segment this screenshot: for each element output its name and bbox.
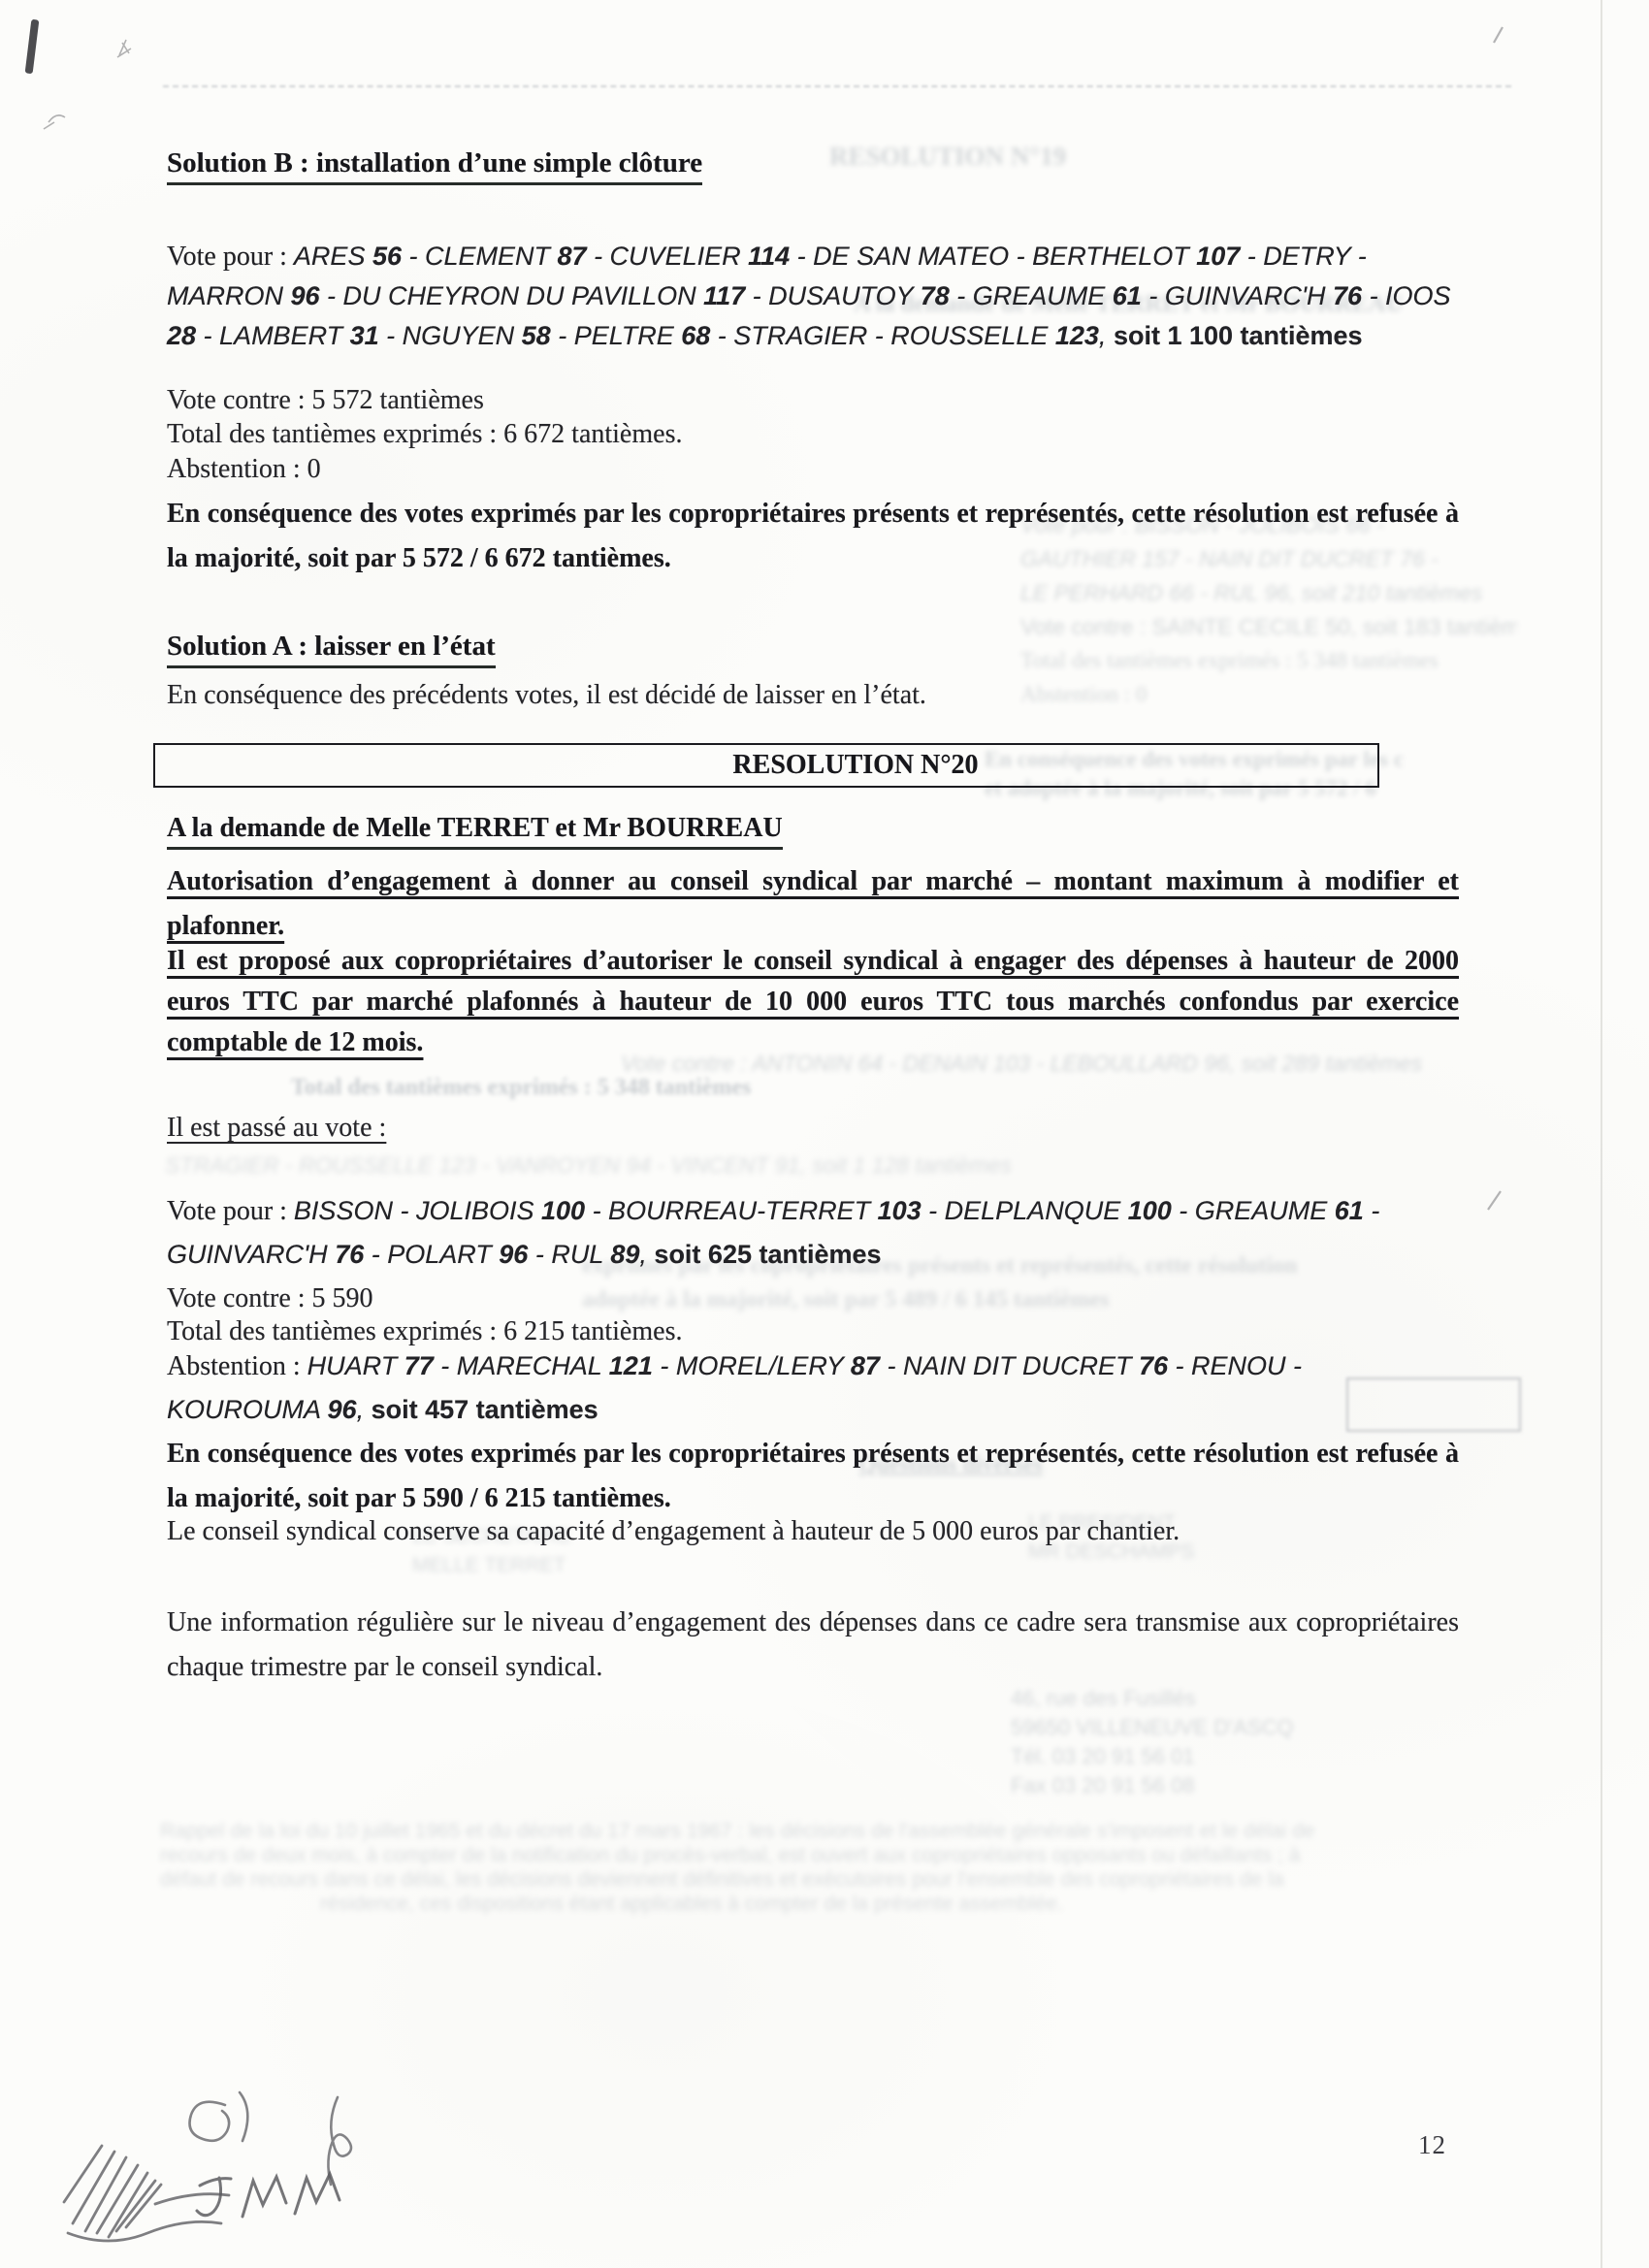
heading-solution-a: Solution A : laisser en l’état (167, 631, 496, 668)
bleedthrough-line: Total des tantièmes exprimés : 5 348 tan… (1020, 648, 1517, 673)
line-abstention-solution-b: Abstention : 0 (167, 449, 321, 490)
paragraph-information-trimestrielle: Une information régulière sur le niveau … (167, 1601, 1459, 1690)
page-number: 12 (1418, 2130, 1446, 2160)
bleedthrough-line: résidence, ces dispositions étant applic… (320, 1893, 1290, 1916)
handwritten-flourish (190, 2092, 352, 2185)
bleedthrough-line: Tél. 03 20 91 56 01 (1011, 1744, 1331, 1769)
bleedthrough-line: STRAGIER - ROUSSELLE 123 - VANROYEN 94 -… (165, 1152, 1455, 1179)
heading-demande-terret-bourreau: A la demande de Melle TERRET et Mr BOURR… (167, 813, 783, 850)
paragraph-vote-pour-solution-b: Vote pour : ARES 56 - CLEMENT 87 - CUVEL… (167, 237, 1457, 356)
bleedthrough-line: LE PERHARD 66 - RUL 96, soit 210 tantièm… (1020, 580, 1517, 606)
resolution-20-title: RESOLUTION N°20 (732, 750, 978, 781)
paragraph-laisser-en-etat: En conséquence des précédents votes, il … (167, 675, 926, 716)
paragraph-proposition-resolution-20: Il est proposé aux copropriétaires d’aut… (167, 941, 1459, 1063)
pencil-squiggle-icon (44, 40, 131, 129)
bleedthrough-line: Abstention : 0 (1020, 682, 1311, 707)
bleedthrough-rule (163, 85, 1511, 87)
paragraph-objet-resolution-20: Autorisation d’engagement à donner au co… (167, 859, 1459, 949)
scanned-document-page: RESOLUTION N°19 A la demande de Melle TE… (0, 0, 1649, 2268)
paragraph-abstention-resolution-20: Abstention : HUART 77 - MARECHAL 121 - M… (167, 1345, 1457, 1431)
bleedthrough-line: adoptée à la majorité, soit par 5 489 / … (582, 1287, 1436, 1313)
resolution-20-title-box: RESOLUTION N°20 (153, 743, 1379, 788)
bleedthrough-line: 59650 VILLENEUVE D'ASCQ (1011, 1715, 1331, 1740)
bleedthrough-line: recours de deux mois, à compter de la no… (160, 1844, 1513, 1867)
bleedthrough-line: RESOLUTION N°19 (829, 142, 1237, 172)
bleedthrough-line: MELLE TERRET (412, 1554, 645, 1577)
heading-solution-b: Solution B : installation d’une simple c… (167, 147, 702, 185)
handwritten-initials-jmm (197, 2174, 339, 2217)
bleedthrough-line: Rappel de la loi du 10 juillet 1965 et d… (160, 1820, 1513, 1843)
line-il-est-passe-au-vote: Il est passé au vote : (167, 1108, 386, 1149)
bleedthrough-line: défaut de recours dans ce délai, les déc… (160, 1868, 1513, 1892)
bleedthrough-line: Total des tantièmes exprimés : 5 348 tan… (291, 1075, 931, 1101)
paragraph-consequence-resolution-20: En conséquence des votes exprimés par le… (167, 1432, 1459, 1521)
pencil-check-icon (1488, 27, 1503, 1210)
paragraph-consequence-solution-b: En conséquence des votes exprimés par le… (167, 492, 1459, 581)
paragraph-capacite-conseil-syndical: Le conseil syndical conserve sa capacité… (167, 1511, 1180, 1552)
paragraph-vote-pour-resolution-20: Vote pour : BISSON - JOLIBOIS 100 - BOUR… (167, 1189, 1457, 1276)
bleedthrough-line: Vote contre : SAINTE CECILE 50, soit 183… (1020, 614, 1517, 640)
handwritten-scribble (64, 2146, 229, 2241)
scan-edge-line (1600, 0, 1602, 2268)
bleedthrough-line: Fax 03 20 91 56 08 (1011, 1773, 1331, 1798)
scan-corner-mark (25, 19, 40, 75)
